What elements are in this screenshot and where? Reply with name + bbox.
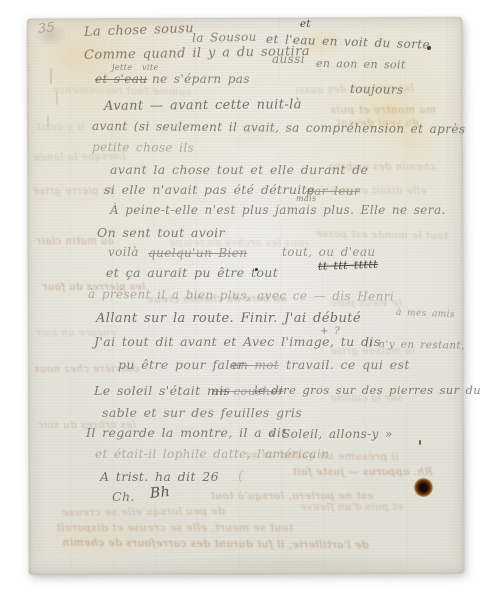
manuscript-page xyxy=(27,17,464,575)
manuscript-scan: comme tout recommencelui revenait des au… xyxy=(0,0,486,610)
